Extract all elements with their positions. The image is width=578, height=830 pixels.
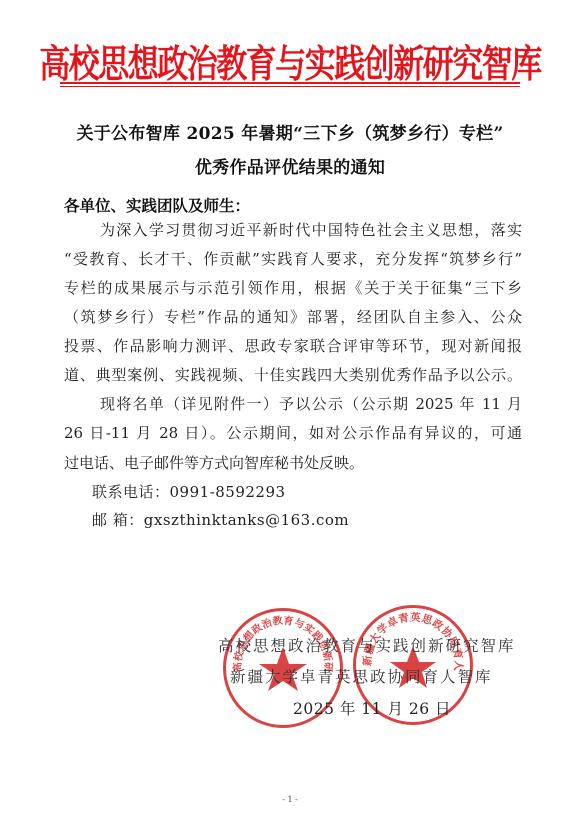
phone-label: 联系电话： bbox=[92, 483, 170, 501]
document-title-line1: 关于公布智库 2025 年暑期“三下乡（筑梦乡行）专栏” bbox=[60, 119, 520, 144]
contact-email: 邮 箱：gxszthinktanks@163.com bbox=[92, 510, 349, 530]
paragraph1-line: 道、典型案例、实践视频、十佳实践四大类别优秀作品予以公示。 bbox=[64, 365, 522, 385]
masthead-rule-thick bbox=[60, 82, 520, 84]
email-label: 邮 箱： bbox=[92, 511, 144, 529]
page-number: - 1 - bbox=[270, 795, 310, 804]
document-title-line2: 优秀作品评优结果的通知 bbox=[60, 153, 520, 178]
email-address[interactable]: gxszthinktanks@163.com bbox=[144, 511, 349, 529]
paragraph1-line: 专栏的成果展示与示范引领作用，根据《关于关于征集“三下乡 bbox=[64, 278, 522, 298]
paragraph2-line: 过电话、电子邮件等方式向智库秘书处反映。 bbox=[64, 453, 522, 473]
paragraph1-line: （筑梦乡行）专栏”作品的通知》部署，经团队自主参入、公众 bbox=[64, 307, 522, 327]
salutation: 各单位、实践团队及师生： bbox=[64, 194, 250, 216]
signature-org1: 高校思想政治教育与实践创新研究智库 bbox=[218, 634, 516, 656]
signature-date: 2025 年 11 月 26 日 bbox=[293, 697, 451, 719]
paragraph1-line: 投票、作品影响力测评、思政专家联合评审等环节，现对新闻报 bbox=[64, 336, 522, 356]
paragraph1-line: “受教育、长才干、作贡献”实践育人要求，充分发挥“筑梦乡行” bbox=[64, 249, 522, 269]
masthead-rule-thin bbox=[60, 86, 520, 87]
contact-phone: 联系电话：0991-8592293 bbox=[92, 482, 286, 502]
paragraph2-line: 26 日-11 月 28 日）。公示期间，如对公示作品有异议的，可通 bbox=[64, 423, 522, 443]
paragraph1-line: 为深入学习贯彻习近平新时代中国特色社会主义思想，落实 bbox=[100, 220, 522, 240]
paragraph2-line: 现将名单（详见附件一）予以公示（公示期 2025 年 11 月 bbox=[100, 394, 522, 414]
phone-number: 0991-8592293 bbox=[170, 483, 286, 501]
masthead: 高校思想政治教育与实践创新研究智库 bbox=[60, 38, 520, 82]
masthead-title: 高校思想政治教育与实践创新研究智库 bbox=[39, 33, 541, 88]
signature-org2: 新疆大学卓青英思政协同育人智库 bbox=[230, 665, 493, 687]
